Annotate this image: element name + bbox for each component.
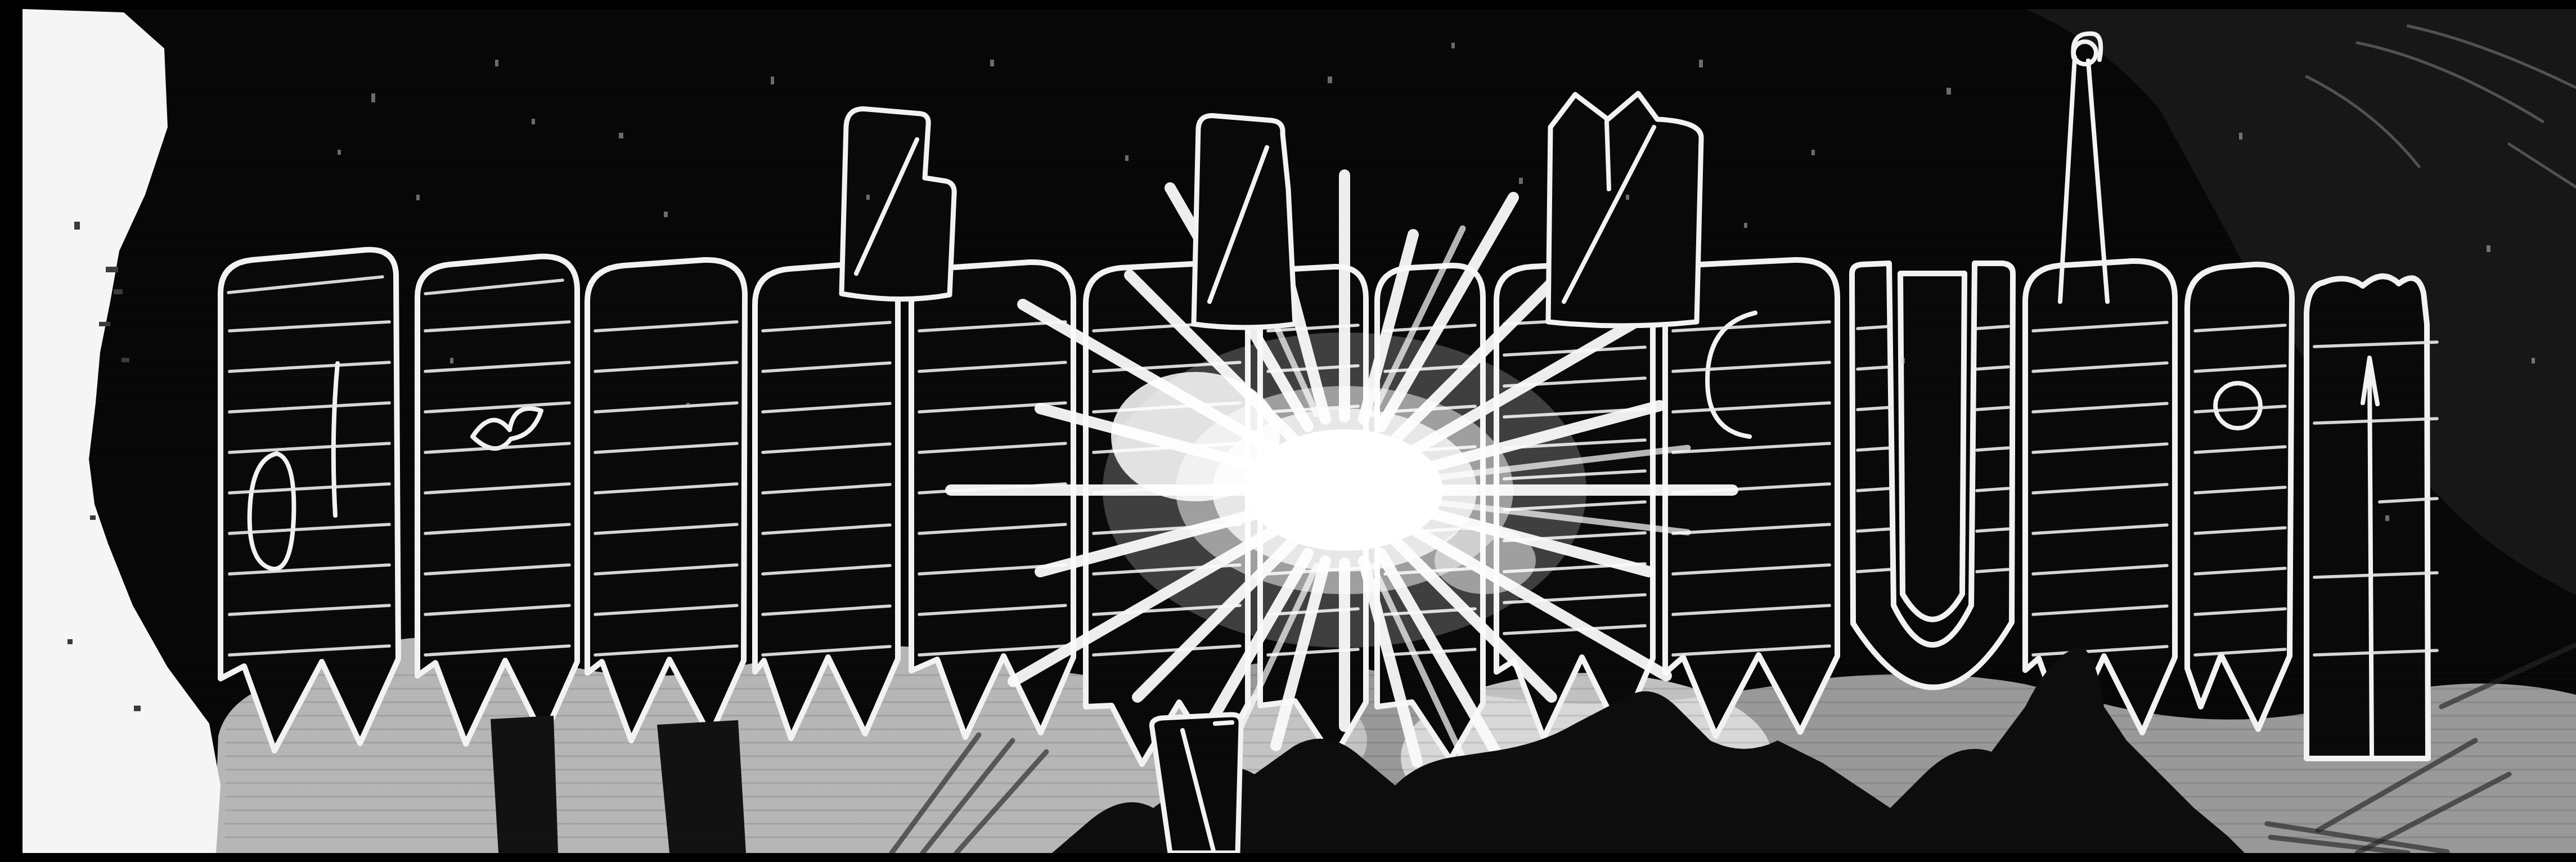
letter-glyph <box>1665 260 1837 736</box>
letter-glyph <box>417 257 577 744</box>
letter-glyph <box>755 263 898 738</box>
poster-art <box>23 9 2576 853</box>
letter-glyph <box>587 260 745 740</box>
letter-glyph <box>2307 276 2437 758</box>
sunburst-core <box>1246 429 1443 551</box>
letter-glyph <box>2187 264 2292 729</box>
lower-outlined-mark <box>1152 715 1241 853</box>
letter-glyph <box>221 250 398 751</box>
diacritic-mark <box>1194 115 1295 327</box>
diacritic-mark <box>1548 93 1701 326</box>
poster-scan: High-contrast black-and-white halftone s… <box>23 9 2576 853</box>
